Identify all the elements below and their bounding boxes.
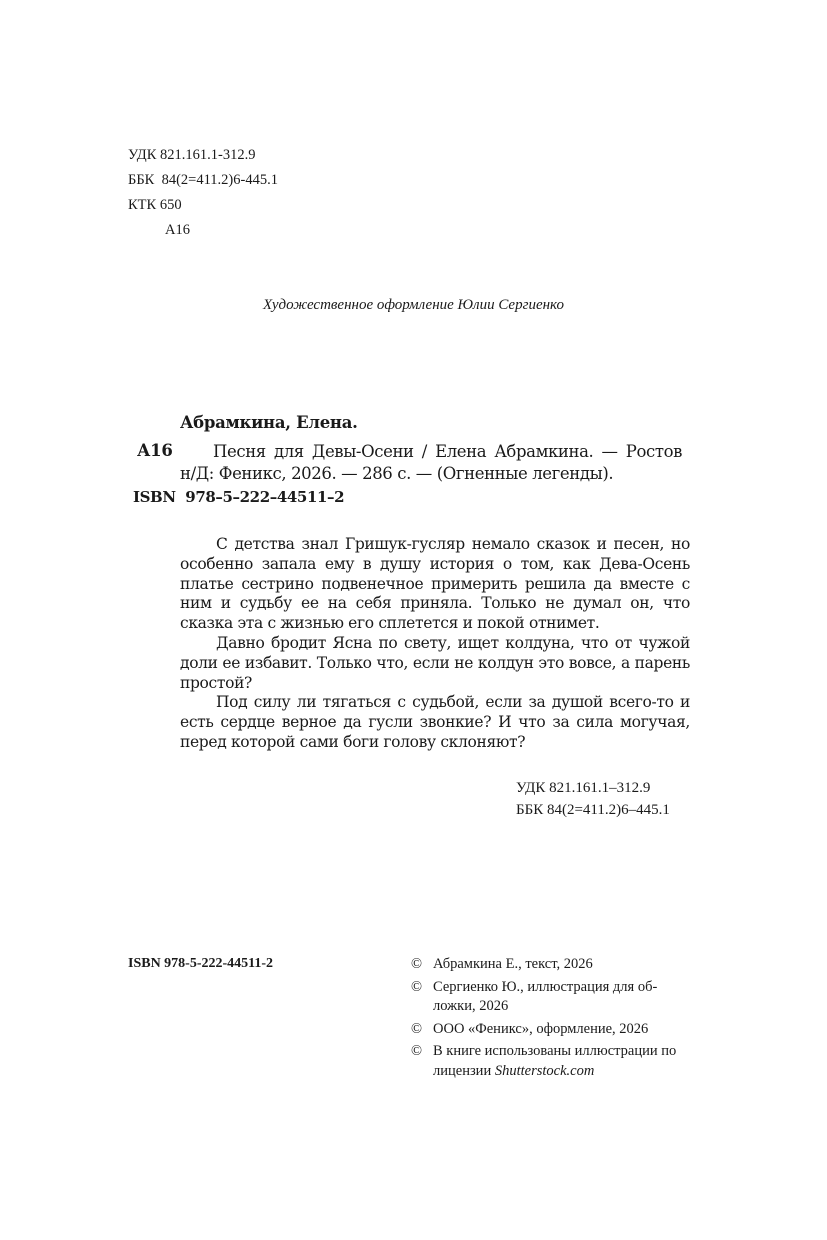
bbk-code: ББК 84(2=411.2)6-445.1: [128, 168, 278, 193]
copyright-item: © Абрамкина Е., текст, 2026: [411, 955, 693, 975]
annotation-codes: УДК 821.161.1–312.9 ББК 84(2=411.2)6–445…: [516, 777, 670, 821]
copyright-icon: ©: [411, 1042, 433, 1081]
annotation-paragraph: Под силу ли тягаться с судьбой, если за …: [180, 693, 690, 752]
copyright-item: © Сергиенко Ю., иллюстрация для об-ложки…: [411, 978, 693, 1017]
annotation-bbk: ББК 84(2=411.2)6–445.1: [516, 799, 670, 821]
classification-codes: УДК 821.161.1-312.9 ББК 84(2=411.2)6-445…: [128, 143, 278, 243]
copyright-text: ООО «Феникс», оформление, 2026: [433, 1020, 693, 1040]
isbn-record: ISBN 978–5–222–44511–2: [133, 488, 344, 506]
bibliographic-author-mark: А16: [137, 441, 173, 460]
author-heading: Абрамкина, Елена.: [180, 413, 358, 432]
annotation-paragraph: Давно бродит Ясна по свету, ищет колдуна…: [180, 634, 690, 693]
annotation-paragraph: С детства знал Гришук-гусляр немало сказ…: [180, 535, 690, 634]
copyright-icon: ©: [411, 1020, 433, 1040]
copyright-icon: ©: [411, 978, 433, 1017]
ktk-code: КТК 650: [128, 193, 278, 218]
bibliographic-line-2: н/Д: Феникс, 2026. — 286 с. — (Огненные …: [180, 463, 682, 485]
bibliographic-line-1: Песня для Девы-Осени / Елена Абрамкина. …: [180, 441, 682, 463]
copyright-item: © В книге использованы иллюстрации по ли…: [411, 1042, 693, 1081]
annotation: С детства знал Гришук-гусляр немало сказ…: [180, 535, 690, 753]
copyright-item: © ООО «Феникс», оформление, 2026: [411, 1020, 693, 1040]
copyright-text: В книге использованы иллюстрации по лице…: [433, 1042, 693, 1081]
copyright-text: Абрамкина Е., текст, 2026: [433, 955, 693, 975]
copyright-text: Сергиенко Ю., иллюстрация для об-ложки, …: [433, 978, 693, 1017]
artist-credit: Художественное оформление Юлии Сергиенко: [0, 297, 827, 314]
copyright-icon: ©: [411, 955, 433, 975]
udk-code: УДК 821.161.1-312.9: [128, 143, 278, 168]
author-mark: А16: [128, 218, 278, 243]
footer-isbn: ISBN 978-5-222-44511-2: [128, 956, 273, 972]
license-source: Shutterstock.com: [495, 1063, 594, 1079]
annotation-udk: УДК 821.161.1–312.9: [516, 777, 670, 799]
bibliographic-description: Песня для Девы-Осени / Елена Абрамкина. …: [180, 441, 682, 485]
copyright-list: © Абрамкина Е., текст, 2026 © Сергиенко …: [411, 955, 693, 1084]
